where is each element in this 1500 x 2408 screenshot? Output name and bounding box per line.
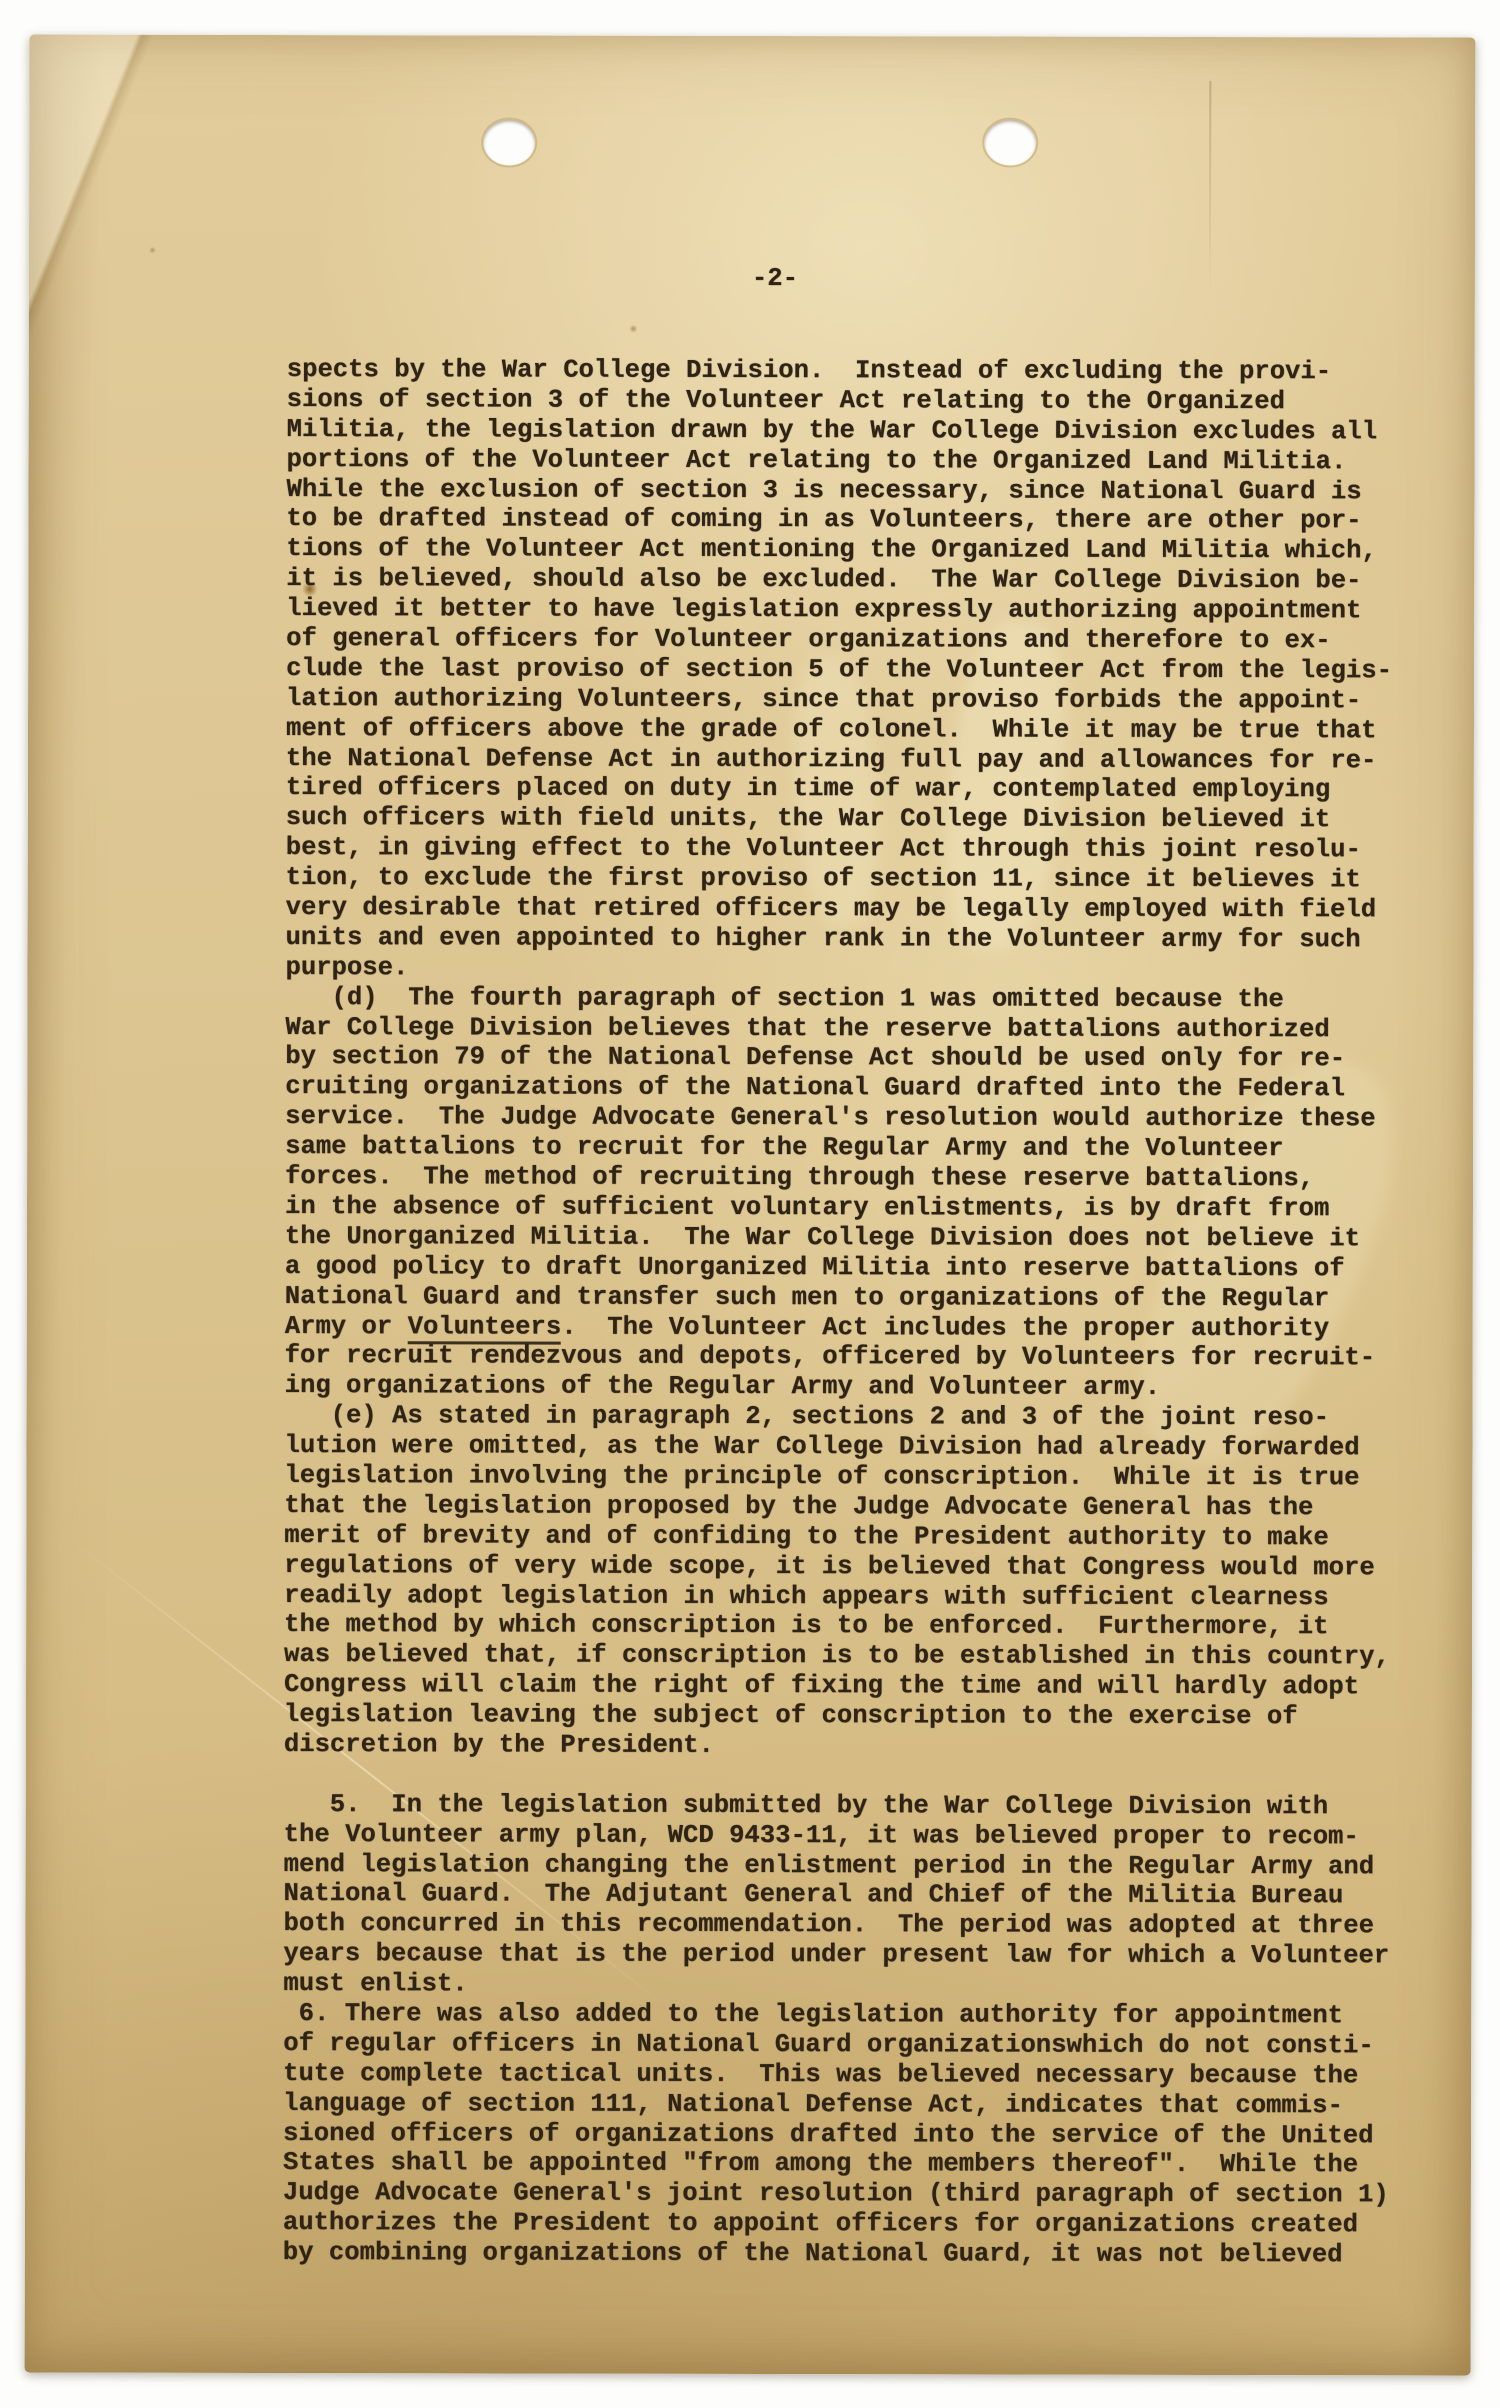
- typed-line: sions of section 3 of the Volunteer Act …: [287, 385, 1393, 417]
- typed-line: it is believed, should also be excluded.…: [286, 564, 1392, 596]
- typed-line: [284, 1760, 1390, 1792]
- typed-line: sioned officers of organizations drafted…: [283, 2119, 1389, 2151]
- typed-line: by combining organizations of the Nation…: [283, 2238, 1389, 2270]
- typed-line: service. The Judge Advocate General's re…: [285, 1102, 1391, 1134]
- punch-hole-right: [984, 119, 1036, 165]
- typed-line: of regular officers in National Guard or…: [283, 2029, 1389, 2061]
- typed-line: Judge Advocate General's joint resolutio…: [283, 2178, 1389, 2210]
- typed-line: War College Division believes that the r…: [285, 1013, 1391, 1045]
- typed-line: by section 79 of the National Defense Ac…: [285, 1043, 1391, 1075]
- typed-line: States shall be appointed "from among th…: [283, 2148, 1389, 2180]
- scan-background: -2- spects by the War College Division. …: [0, 0, 1500, 2408]
- typed-line: tute complete tactical units. This was b…: [283, 2059, 1389, 2091]
- typed-line: years because that is the period under p…: [283, 1939, 1389, 1971]
- typed-line: lation authorizing Volunteers, since tha…: [286, 684, 1392, 716]
- typed-line: ment of officers above the grade of colo…: [286, 714, 1392, 746]
- typed-line: National Guard. The Adjutant General and…: [284, 1879, 1390, 1911]
- typed-line: the Unorganized Militia. The War College…: [285, 1222, 1391, 1254]
- paper-stain: [149, 247, 156, 254]
- typed-line: regulations of very wide scope, it is be…: [284, 1551, 1390, 1583]
- page-number: -2-: [752, 264, 798, 294]
- paper-sheet: -2- spects by the War College Division. …: [25, 34, 1476, 2375]
- underlined-word: Volunteers: [408, 1312, 562, 1344]
- typed-line: to be drafted instead of coming in as Vo…: [286, 504, 1392, 536]
- typed-line: best, in giving effect to the Volunteer …: [286, 833, 1392, 865]
- typed-line: very desirable that retired officers may…: [286, 893, 1392, 925]
- typed-line: units and even appointed to higher rank …: [286, 923, 1392, 955]
- paper-stain: [629, 325, 638, 333]
- typed-line: mend legislation changing the enlistment…: [284, 1850, 1390, 1882]
- typed-line: tired officers placed on duty in time of…: [286, 773, 1392, 805]
- typed-line: discretion by the President.: [284, 1730, 1390, 1762]
- typed-line: the Volunteer army plan, WCD 9433-11, it…: [284, 1820, 1390, 1852]
- typed-line: tion, to exclude the first proviso of se…: [286, 863, 1392, 895]
- typed-line: the National Defense Act in authorizing …: [286, 744, 1392, 776]
- typed-line: purpose.: [285, 953, 1391, 985]
- typed-line: for recruit rendezvous and depots, offic…: [285, 1341, 1391, 1373]
- paper-crease: [1209, 81, 1211, 291]
- typed-line: Army or Volunteers. The Volunteer Act in…: [285, 1312, 1391, 1344]
- typed-line: cruiting organizations of the National G…: [285, 1072, 1391, 1104]
- typed-line: spects by the War College Division. Inst…: [287, 355, 1393, 387]
- typed-line: was believed that, if conscription is to…: [284, 1640, 1390, 1672]
- typed-line: such officers with field units, the War …: [286, 803, 1392, 835]
- typed-line: the method by which conscription is to b…: [284, 1610, 1390, 1642]
- typed-line: legislation leaving the subject of consc…: [284, 1700, 1390, 1732]
- paper-corner-fold: [29, 34, 180, 364]
- typed-line: (e) As stated in paragraph 2, sections 2…: [285, 1401, 1391, 1433]
- typed-line: same battalions to recruit for the Regul…: [285, 1132, 1391, 1164]
- typed-line: language of section 111, National Defens…: [283, 2089, 1389, 2121]
- typed-line: both concurred in this recommendation. T…: [283, 1909, 1389, 1941]
- typed-line: ing organizations of the Regular Army an…: [285, 1371, 1391, 1403]
- typed-line: authorizes the President to appoint offi…: [283, 2208, 1389, 2240]
- typed-line: Militia, the legislation drawn by the Wa…: [287, 415, 1393, 447]
- typed-line: National Guard and transfer such men to …: [285, 1282, 1391, 1314]
- typed-line: merit of brevity and of confiding to the…: [284, 1521, 1390, 1553]
- typed-line: 5. In the legislation submitted by the W…: [284, 1790, 1390, 1822]
- typed-line: 6. There was also added to the legislati…: [283, 1999, 1389, 2031]
- typed-line: readily adopt legislation in which appea…: [284, 1581, 1390, 1613]
- typed-line: While the exclusion of section 3 is nece…: [286, 475, 1392, 507]
- typed-line: a good policy to draft Unorganized Milit…: [285, 1252, 1391, 1284]
- typed-line: of general officers for Volunteer organi…: [286, 624, 1392, 656]
- typed-line: lieved it better to have legislation exp…: [286, 594, 1392, 626]
- typed-line: Congress will claim the right of fixing …: [284, 1670, 1390, 1702]
- typed-line: clude the last proviso of section 5 of t…: [286, 654, 1392, 686]
- typed-line: portions of the Volunteer Act relating t…: [287, 445, 1393, 477]
- typed-body: spects by the War College Division. Inst…: [283, 355, 1393, 2270]
- typed-line: must enlist.: [283, 1969, 1389, 2001]
- typed-line: that the legislation proposed by the Jud…: [284, 1491, 1390, 1523]
- typed-line: legislation involving the principle of c…: [284, 1461, 1390, 1493]
- typed-line: forces. The method of recruiting through…: [285, 1162, 1391, 1194]
- typed-line: lution were omitted, as the War College …: [284, 1431, 1390, 1463]
- punch-hole-left: [483, 119, 535, 165]
- typed-line: tions of the Volunteer Act mentioning th…: [286, 534, 1392, 566]
- typed-line: in the absence of sufficient voluntary e…: [285, 1192, 1391, 1224]
- typed-line: (d) The fourth paragraph of section 1 wa…: [285, 983, 1391, 1015]
